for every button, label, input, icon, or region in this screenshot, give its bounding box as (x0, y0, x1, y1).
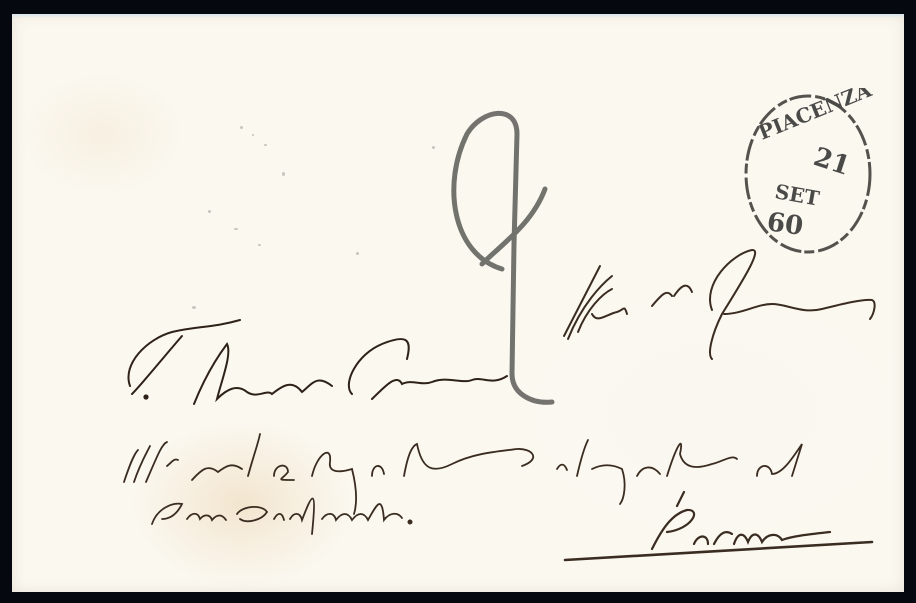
envelope: PIACENZA 21 SET 60 (12, 14, 904, 592)
